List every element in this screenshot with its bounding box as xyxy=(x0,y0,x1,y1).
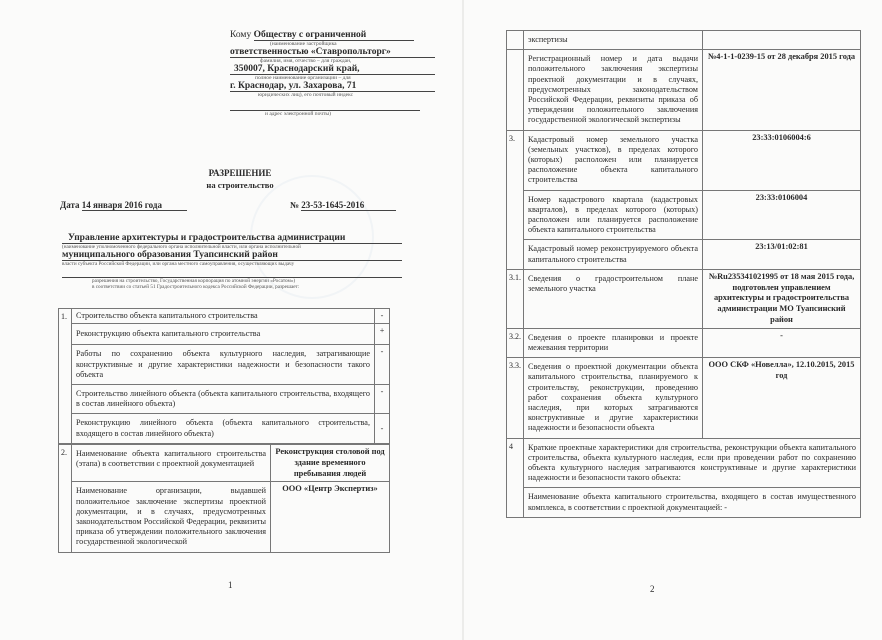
project-docs-label: Сведения о проектной документации объект… xyxy=(524,358,703,438)
addressee-label: Кому xyxy=(230,30,251,40)
section-number: 1. xyxy=(59,309,72,444)
authority-blank-line xyxy=(62,267,402,278)
object-name-label: Наименование объекта капитального строит… xyxy=(72,445,271,482)
table-row: экспертизы xyxy=(507,31,861,50)
object-info-table: 2. Наименование объекта капитального стр… xyxy=(58,444,390,553)
document-page-2: экспертизы Регистрационный номер и дата … xyxy=(464,0,882,640)
document-subtitle: на строительство xyxy=(180,180,300,190)
expert-reg-label: Регистрационный номер и дата выдачи поло… xyxy=(524,50,703,130)
table-row: 1. Строительство объекта капитального ст… xyxy=(59,309,390,324)
expert-org-label: Наименование организации, выдавшей полож… xyxy=(72,482,271,552)
permit-type-label: Реконструкцию объекта капитального строи… xyxy=(72,324,375,345)
gradplan-label: Сведения о градостроительном плане земел… xyxy=(524,269,703,328)
table-row: 3.3. Сведения о проектной документации о… xyxy=(507,358,861,438)
document-title: РАЗРЕШЕНИЕ xyxy=(200,168,280,178)
permit-number-value: 23-53-1645-2016 xyxy=(301,200,396,211)
authority-block: Управление архитектуры и градостроительс… xyxy=(62,233,402,290)
table-row: Наименование организации, выдавшей полож… xyxy=(59,482,390,552)
table-row: 3.2. Сведения о проекте планировки и про… xyxy=(507,328,861,357)
page-number: 1 xyxy=(228,580,233,590)
expert-reg-value: №4-1-1-0239-15 от 28 декабря 2015 года xyxy=(703,50,861,130)
permit-details-table: экспертизы Регистрационный номер и дата … xyxy=(506,30,861,518)
table-row: Регистрационный номер и дата выдачи поло… xyxy=(507,50,861,130)
table-row: Строительство линейного объекта (объекта… xyxy=(59,385,390,414)
cadastral-object-value: 23:13/01:02:81 xyxy=(703,240,861,269)
authority-line-1: Управление архитектуры и градостроительс… xyxy=(62,233,402,244)
table-row: 2. Наименование объекта капитального стр… xyxy=(59,445,390,482)
row-number xyxy=(507,50,524,130)
permit-type-mark: - xyxy=(375,414,390,443)
cadastral-quarter-value: 23:33:0106004 xyxy=(703,190,861,240)
permit-type-mark: - xyxy=(375,385,390,414)
permit-number-label: № xyxy=(290,200,299,210)
addressee-email-line xyxy=(230,98,420,111)
permit-type-label: Строительство линейного объекта (объекта… xyxy=(72,385,375,414)
object-name-value: Реконструкция столовой под здание времен… xyxy=(271,445,390,482)
row-number: 3.3. xyxy=(507,358,524,438)
table-row: Реконструкцию объекта капитального строи… xyxy=(59,324,390,345)
addressee-address-2: г. Краснодар, ул. Захарова, 71 xyxy=(230,81,435,92)
planning-project-value: - xyxy=(703,328,861,357)
date-label: Дата xyxy=(60,200,80,210)
permit-type-mark: - xyxy=(375,309,390,324)
gradplan-value: №Ru235341021995 от 18 мая 2015 года, под… xyxy=(703,269,861,328)
table-row: Кадастровый номер реконструируемого объе… xyxy=(507,240,861,269)
row-number xyxy=(507,31,524,50)
table-row: Реконструкцию линейного объекта (объекта… xyxy=(59,414,390,443)
table-row: 4 Краткие проектные характеристики для с… xyxy=(507,438,861,488)
permit-type-label: Работы по сохранению объекта культурного… xyxy=(72,345,375,385)
date-field: Дата 14 января 2016 года xyxy=(60,200,187,211)
table-row: Наименование объекта капитального строит… xyxy=(507,488,861,517)
row-label: экспертизы xyxy=(524,31,703,50)
property-complex-item: Наименование объекта капитального строит… xyxy=(524,488,861,517)
authority-line-2: муниципального образования Туапсинский р… xyxy=(62,250,402,261)
row-value xyxy=(703,31,861,50)
row-number: 3.1. xyxy=(507,269,524,328)
cadastral-land-value: 23:33:0106004:6 xyxy=(703,130,861,190)
date-value: 14 января 2016 года xyxy=(82,200,187,211)
permit-type-table: 1. Строительство объекта капитального ст… xyxy=(58,308,390,444)
permit-type-mark: - xyxy=(375,345,390,385)
table-row: 3.1. Сведения о градостроительном плане … xyxy=(507,269,861,328)
cadastral-object-label: Кадастровый номер реконструируемого объе… xyxy=(524,240,703,269)
table-row: 3. Кадастровый номер земельного участка … xyxy=(507,130,861,190)
table-row: Работы по сохранению объекта культурного… xyxy=(59,345,390,385)
addressee-block: Кому Обществу с ограниченной (наименован… xyxy=(230,30,435,117)
table-row: Номер кадастрового квартала (кадастровых… xyxy=(507,190,861,240)
permit-number-field: № 23-53-1645-2016 xyxy=(290,200,396,211)
permit-type-label: Строительство объекта капитального строи… xyxy=(72,309,375,324)
authority-hint-4: в соответствии со статьей 51 Градостроит… xyxy=(62,284,402,290)
row-number: 3.2. xyxy=(507,328,524,357)
section-number: 2. xyxy=(59,445,72,553)
addressee-name-2: ответственностью «Ставропольторг» xyxy=(230,47,435,58)
permit-type-mark: + xyxy=(375,324,390,345)
row-number: 3. xyxy=(507,130,524,269)
cadastral-land-label: Кадастровый номер земельного участка (зе… xyxy=(524,130,703,190)
addressee-address-1: 350007, Краснодарский край, xyxy=(230,64,435,75)
expert-org-value: ООО «Центр Экспертиз» xyxy=(271,482,390,552)
addressee-line-1: Кому Обществу с ограниченной xyxy=(230,30,435,41)
addressee-name-1: Обществу с ограниченной xyxy=(254,30,414,41)
row-number: 4 xyxy=(507,438,524,517)
brief-characteristics-intro: Краткие проектные характеристики для стр… xyxy=(524,438,861,488)
page-number: 2 xyxy=(650,584,655,594)
permit-type-label: Реконструкцию линейного объекта (объекта… xyxy=(72,414,375,443)
addressee-hint-5: и адрес электронной почты) xyxy=(230,111,435,117)
cadastral-quarter-label: Номер кадастрового квартала (кадастровых… xyxy=(524,190,703,240)
document-page-1: Кому Обществу с ограниченной (наименован… xyxy=(0,0,462,640)
project-docs-value: ООО СКФ «Новелла», 12.10.2015, 2015 год xyxy=(703,358,861,438)
planning-project-label: Сведения о проекте планировки и проекте … xyxy=(524,328,703,357)
